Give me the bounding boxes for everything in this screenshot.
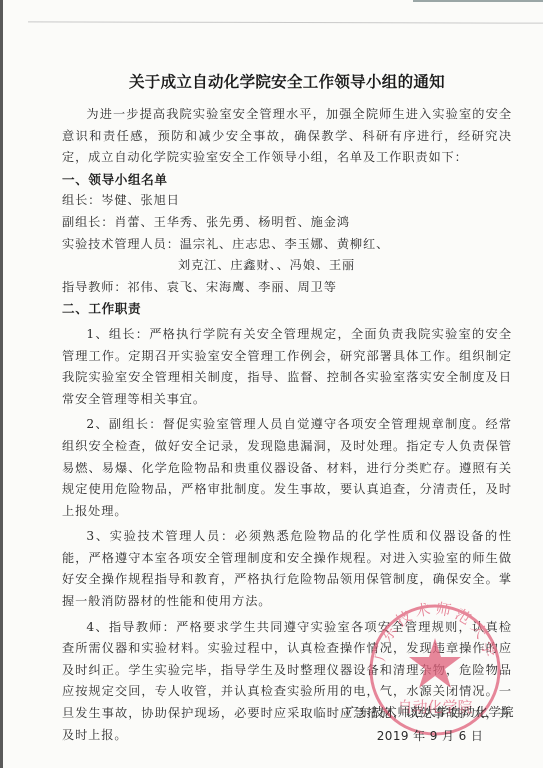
document-title: 关于成立自动化学院安全工作领导小组的通知 (62, 70, 512, 92)
duty-item-deputy-leader: 2、副组长：督促实验室管理人员自觉遵守各项安全管理规章制度。经常组织安全检查，做… (62, 414, 512, 522)
duty-item-leader: 1、组长：严格执行学院有关安全管理规定，全面负责我院实验室的安全管理工作。定期召… (62, 324, 512, 410)
tech-managers-line-1: 实验技术管理人员：温宗礼、庄志忠、李玉娜、黄柳红、 (62, 234, 512, 256)
section-heading-team-list: 一、领导小组名单 (62, 169, 512, 191)
scan-fold-line (28, 21, 543, 23)
signature-block: 广东技术师范大学自动化学院 2019 年 9 月 6 日 (340, 700, 520, 748)
duty-item-tech-manager: 3、实验技术管理人员：必须熟悉危险物品的化学性质和仪器设备的性能，严格遵守本室各… (62, 526, 512, 612)
signing-organization: 广东技术师范大学自动化学院 (340, 700, 520, 724)
scan-edge (0, 0, 3, 768)
document-page: 关于成立自动化学院安全工作领导小组的通知 为进一步提高我院实验室安全管理水平，加… (62, 70, 512, 746)
signing-date: 2019 年 9 月 6 日 (340, 724, 520, 748)
scan-top-edge (413, 0, 543, 2)
advisors-line: 指导教师：祁伟、袁飞、宋海鹰、李丽、周卫等 (62, 277, 512, 299)
leader-line: 组长：岑健、张旭日 (62, 190, 512, 212)
tech-managers-line-2: 刘克江、庄鑫财、、冯娘、王丽 (62, 255, 512, 277)
deputy-leaders-line: 副组长：肖蕾、王华秀、张先勇、杨明哲、施金鸿 (62, 212, 512, 234)
section-heading-duties: 二、工作职责 (62, 298, 512, 320)
intro-paragraph: 为进一步提高我院实验室安全管理水平，加强全院师生进入实验室的安全意识和责任感，预… (62, 104, 512, 169)
